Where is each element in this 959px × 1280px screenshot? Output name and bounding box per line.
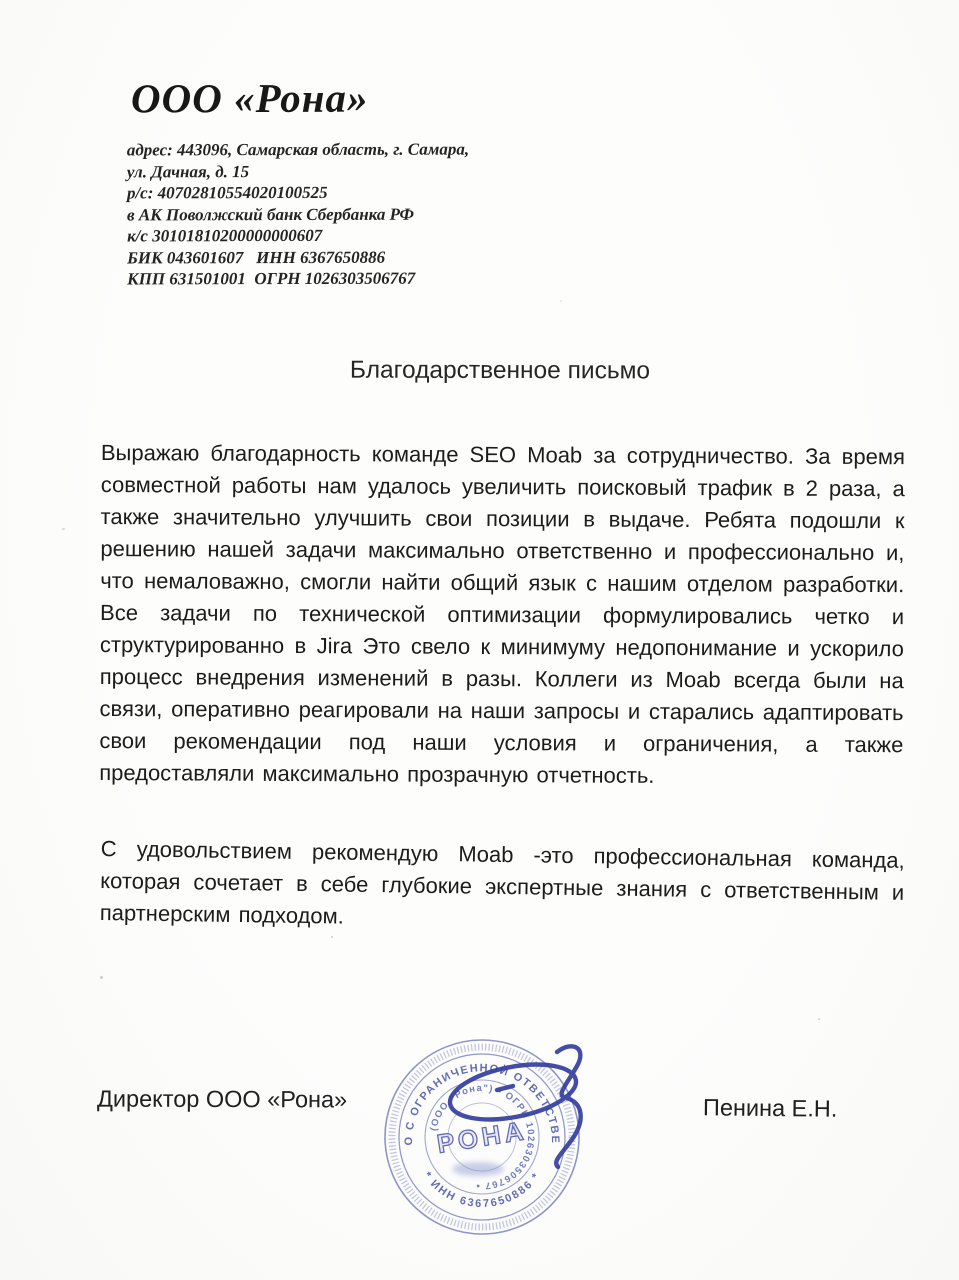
letter-paragraph-2: С удовольствием рекомендую Moab -это про… bbox=[100, 833, 905, 941]
letter-paragraph-1: Выражаю благодарность команде SEO Moab з… bbox=[99, 437, 905, 793]
signer-name: Пенина Е.Н. bbox=[703, 1094, 838, 1122]
scan-speck bbox=[154, 642, 156, 644]
address-line: ул. Дачная, д. 15 bbox=[127, 160, 469, 182]
scan-speck bbox=[818, 1018, 820, 1020]
director-label: Директор ООО «Рона» bbox=[97, 1086, 347, 1114]
scan-speck bbox=[560, 300, 562, 302]
address-line: КПП 631501001 ОГРН 1026303506767 bbox=[127, 268, 469, 290]
handwritten-signature-icon bbox=[435, 1040, 615, 1172]
company-requisites: адрес: 443096, Самарская область, г. Сам… bbox=[127, 139, 470, 290]
scanned-letter-page: ООО «Рона» адрес: 443096, Самарская обла… bbox=[0, 0, 959, 1280]
scan-speck bbox=[331, 936, 333, 938]
address-line: в АК Поволжский банк Сбербанка РФ bbox=[127, 203, 469, 225]
letter-title: Благодарственное письмо bbox=[100, 356, 900, 386]
scan-speck bbox=[62, 528, 65, 530]
scan-speck bbox=[100, 976, 103, 979]
address-line: р/с: 40702810554020100525 bbox=[127, 182, 469, 204]
address-line: БИК 043601607 ИНН 6367650886 bbox=[127, 246, 469, 268]
address-line: адрес: 443096, Самарская область, г. Сам… bbox=[127, 139, 469, 161]
company-name: ООО «Рона» bbox=[131, 74, 369, 123]
address-line: к/с 30101810200000000607 bbox=[127, 225, 469, 247]
